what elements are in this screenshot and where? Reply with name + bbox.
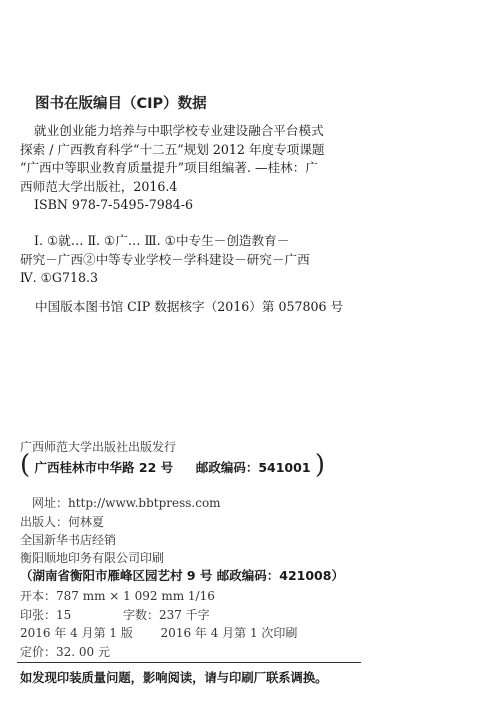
printer-address: （湖南省衡阳市雁峰区园艺村 9 号 邮政编码：421008）	[20, 566, 344, 584]
price: 定价：32. 00 元	[20, 643, 110, 660]
sheets-wordcount: 印张：15 字数：237 千字	[20, 606, 210, 623]
open-paren: (	[20, 450, 30, 480]
cip-body-line: 探索 / 广西教育科学“十二五”规划 2012 年度专项课题	[20, 141, 390, 160]
cip-body-line: “广西中等职业教育质量提升”项目组编著. —桂林：广	[20, 159, 390, 178]
distributor: 全国新华书店经销	[20, 531, 116, 548]
publisher-address: ( 广西桂林市中华路 22 号 邮政编码：541001 )	[20, 452, 325, 482]
publisher-person: 出版人：何林夏	[20, 513, 104, 530]
word-count: 字数：237 千字	[123, 608, 210, 622]
cip-title: 图书在版编目（CIP）数据	[35, 92, 207, 113]
sheets: 印张：15	[20, 608, 71, 622]
printing: 2016 年 4 月第 1 次印刷	[161, 626, 298, 640]
printer: 衡阳顺地印务有限公司印刷	[20, 549, 164, 566]
cip-classification: Ⅰ. ①就… Ⅱ. ①广… Ⅲ. ①中专生－创造教育－ 研究－广西②中等专业学校…	[20, 232, 310, 288]
cip-check-number: 中国版本图书馆 CIP 数据核字（2016）第 057806 号	[35, 296, 343, 315]
isbn: ISBN 978-7-5495-7984-6	[20, 196, 390, 215]
postcode-text: 邮政编码：541001	[196, 460, 311, 475]
edition: 2016 年 4 月第 1 版	[20, 626, 133, 640]
cip-body: 就业创业能力培养与中职学校专业建设融合平台模式 探索 / 广西教育科学“十二五”…	[20, 122, 390, 215]
classification-line: Ⅳ. ①G718.3	[20, 269, 310, 288]
footer-notice: 如发现印装质量问题，影响阅读，请与印刷厂联系调换。	[20, 668, 327, 686]
close-paren: )	[315, 450, 325, 480]
cip-body-line: 就业创业能力培养与中职学校专业建设融合平台模式	[20, 122, 390, 141]
divider-rule	[17, 662, 361, 663]
website: 网址：http://www.bbtpress.com	[32, 494, 221, 511]
edition-printing: 2016 年 4 月第 1 版 2016 年 4 月第 1 次印刷	[20, 624, 297, 641]
address-text: 广西桂林市中华路 22 号	[35, 460, 174, 475]
classification-line: 研究－广西②中等专业学校－学科建设－研究－广西	[20, 251, 310, 270]
cip-body-line: 西师范大学出版社，2016.4	[20, 178, 390, 197]
format-spec: 开本：787 mm × 1 092 mm 1/16	[20, 587, 215, 604]
classification-line: Ⅰ. ①就… Ⅱ. ①广… Ⅲ. ①中专生－创造教育－	[20, 232, 310, 251]
